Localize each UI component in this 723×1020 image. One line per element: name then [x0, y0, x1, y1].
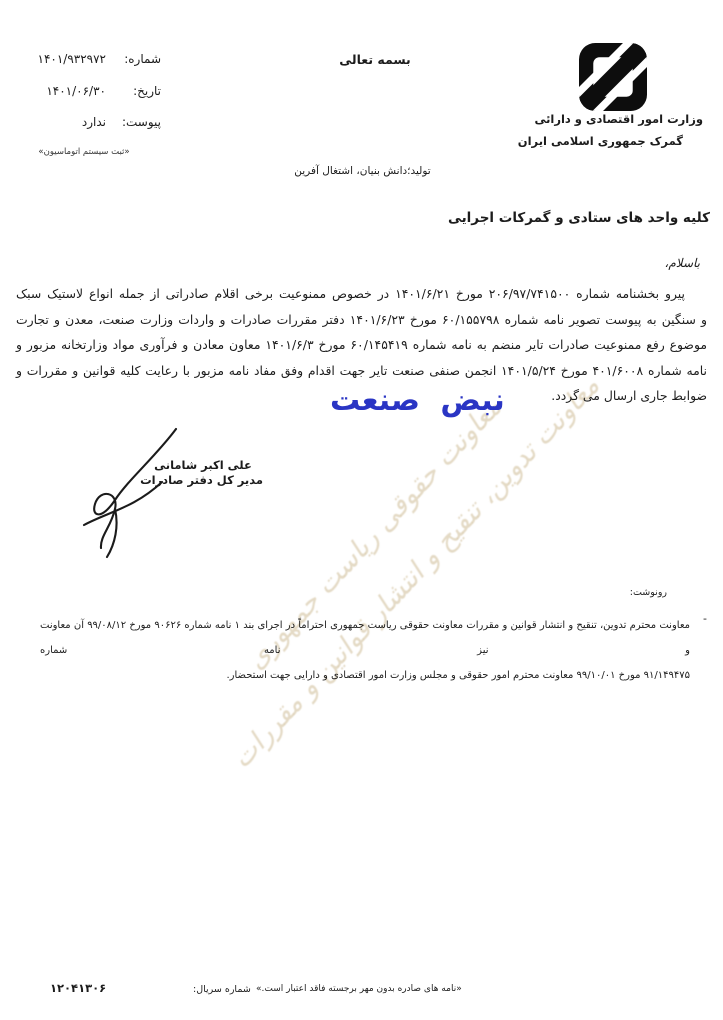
automation-registration-note: «ثبت سیستم اتوماسیون»	[9, 147, 159, 157]
letter-attachment-row: پیوست: ندارد	[0, 115, 161, 129]
letter-date-row: تاریخ: ۱۴۰۱/۰۶/۳۰	[0, 84, 161, 98]
body-line: نامه شماره ۴۰۱/۶۰۰۸ مورخ ۱۴۰۱/۵/۲۴ انجمن…	[16, 358, 707, 384]
serial-number-label: شماره سریال:	[193, 984, 251, 995]
body-line: و سنگین به پیوست تصویر نامه شماره ۶۰/۱۵۵…	[16, 307, 707, 333]
cc-entry-line: معاونت محترم تدوین، تنقیح و انتشار قوانی…	[40, 613, 690, 663]
letter-attachment-value: ندارد	[82, 115, 106, 129]
cc-entry-line: ۹۱/۱۴۹۴۷۵ مورخ ۹۹/۱۰/۰۱ معاونت محترم امو…	[40, 663, 690, 688]
letter-meta-block: شماره: ۱۴۰۱/۹۳۲۹۷۲ تاریخ: ۱۴۰۱/۰۶/۳۰ پیو…	[0, 52, 161, 157]
handwritten-signature-icon	[72, 426, 198, 562]
customs-org-name: گمرک جمهوری اسلامی ایران	[518, 134, 683, 148]
cc-bullet-dash: -	[703, 612, 707, 625]
bismillah-heading: بسمه تعالی	[300, 52, 450, 67]
year-slogan: تولید؛دانش بنیان، اشتغال آفرین	[250, 165, 475, 177]
letter-number-value: ۱۴۰۱/۹۳۲۹۷۲	[38, 52, 107, 66]
cc-label: رونوشت:	[630, 587, 667, 598]
body-line: موضوع رفع ممنوعیت صادرات تایر منضم به نا…	[16, 332, 707, 358]
customs-emblem-icon	[579, 42, 647, 112]
blue-overlay-watermark: نبض صنعت	[330, 383, 505, 418]
letter-number-label: شماره:	[115, 52, 161, 66]
official-letter-page: شماره: ۱۴۰۱/۹۳۲۹۷۲ تاریخ: ۱۴۰۱/۰۶/۳۰ پیو…	[0, 0, 723, 1020]
stamp-line: معاونت تدوین، تنقیح و انتشار قوانین و مق…	[226, 370, 606, 774]
letter-date-label: تاریخ:	[115, 84, 161, 98]
cc-entry: معاونت محترم تدوین، تنقیح و انتشار قوانی…	[40, 613, 690, 688]
letter-date-value: ۱۴۰۱/۰۶/۳۰	[46, 84, 106, 98]
letter-number-row: شماره: ۱۴۰۱/۹۳۲۹۷۲	[0, 52, 161, 66]
letter-attachment-label: پیوست:	[115, 115, 161, 129]
body-line: پیرو بخشنامه شماره ۲۰۶/۹۷/۷۴۱۵۰۰ مورخ ۱۴…	[16, 281, 707, 307]
ministry-name: وزارت امور اقتصادی و دارائی	[534, 112, 703, 126]
recipient-line: کلیه واحد های ستادی و گمرکات اجرایی	[448, 210, 710, 226]
validity-note: «نامه های صادره بدون مهر برجسته فاقد اعت…	[256, 984, 462, 994]
salutation: باسلام،	[664, 256, 700, 270]
serial-number-value: ۱۲۰۴۱۳۰۶	[50, 981, 106, 995]
